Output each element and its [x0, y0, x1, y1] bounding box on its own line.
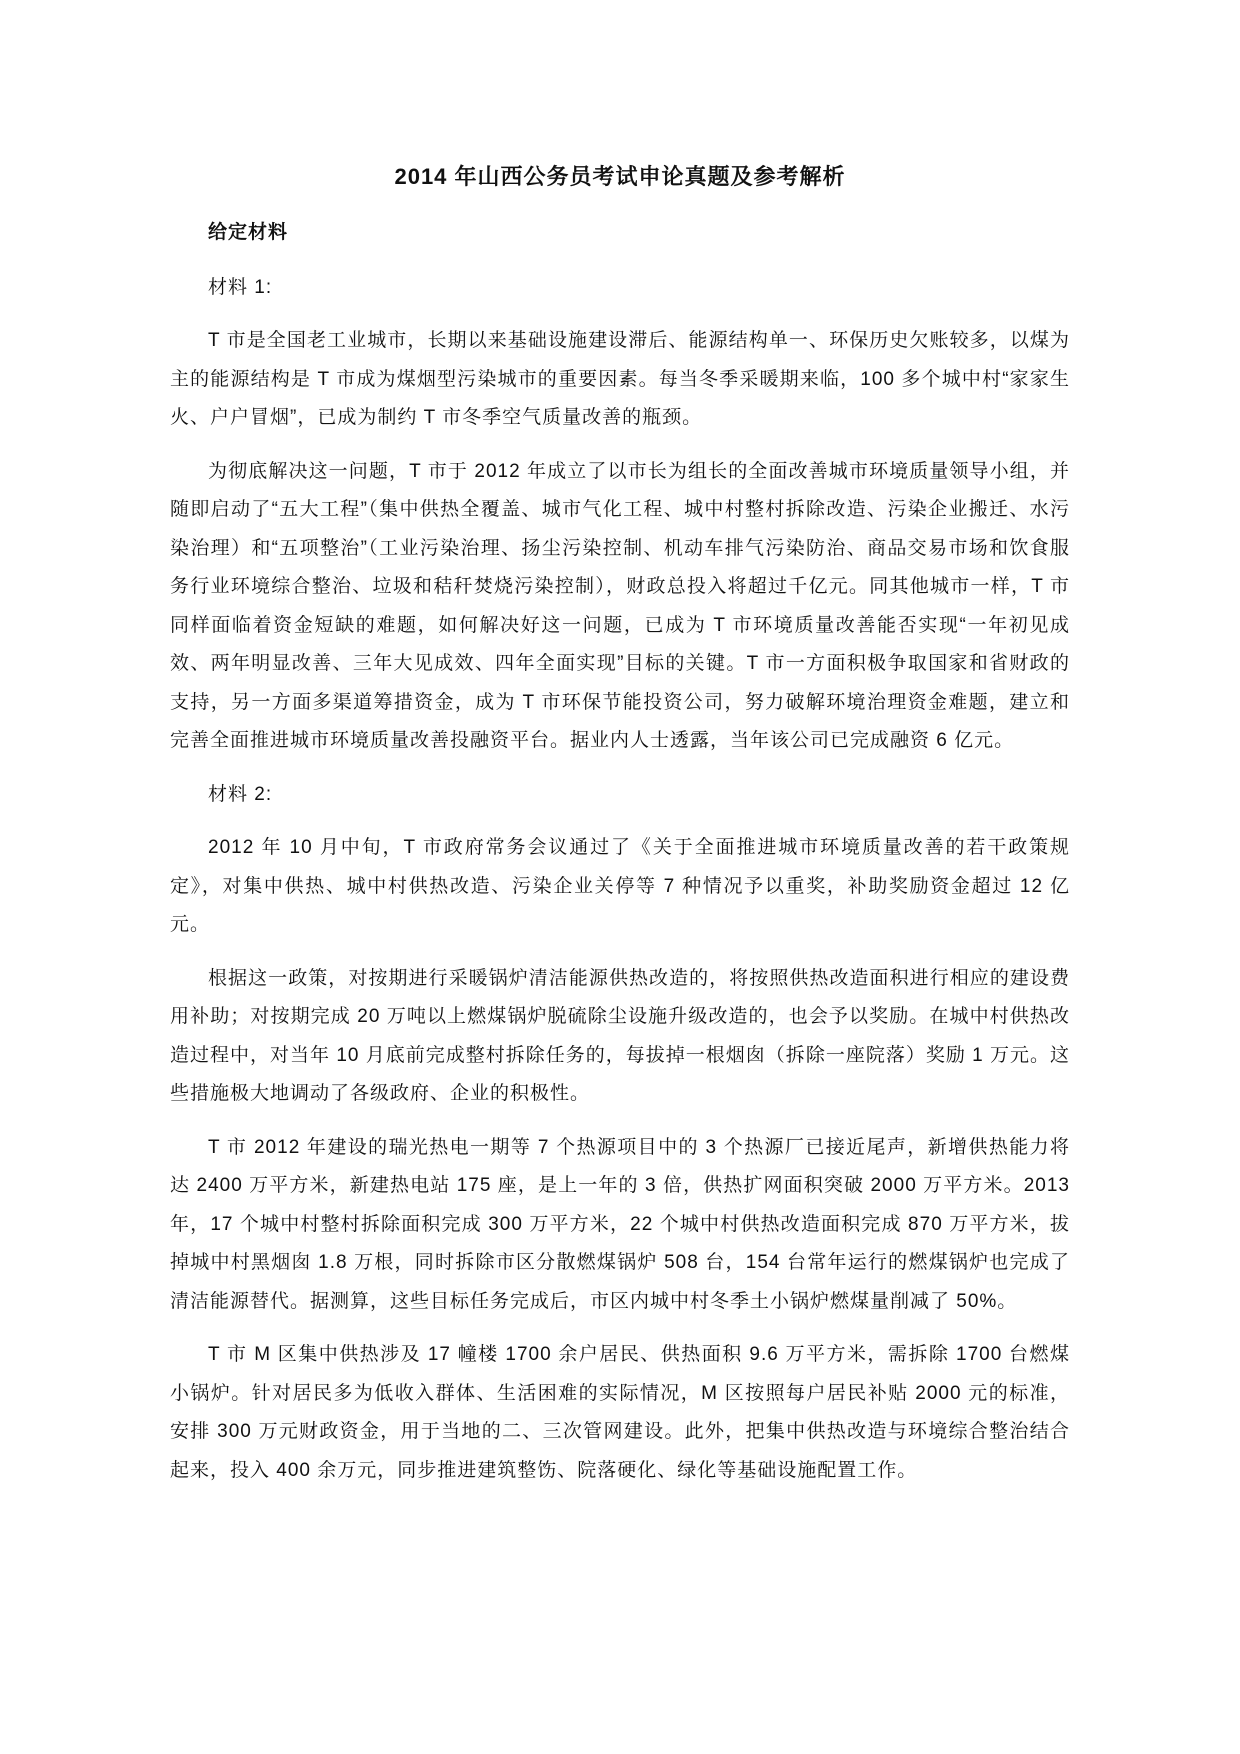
material-2-paragraph-2: 根据这一政策，对按期进行采暖锅炉清洁能源供热改造的，将按照供热改造面积进行相应的… [170, 960, 1070, 1114]
material-2-section: 材料 2: 2012 年 10 月中旬，T 市政府常务会议通过了《关于全面推进城… [170, 776, 1070, 1491]
material-1-label: 材料 1: [170, 269, 1070, 308]
material-1-paragraph-2: 为彻底解决这一问题，T 市于 2012 年成立了以市长为组长的全面改善城市环境质… [170, 453, 1070, 761]
document-page: 2014 年山西公务员考试申论真题及参考解析 给定材料 材料 1: T 市是全国… [0, 0, 1240, 1754]
material-1-paragraph-1: T 市是全国老工业城市，长期以来基础设施建设滞后、能源结构单一、环保历史欠账较多… [170, 322, 1070, 438]
material-1-section: 材料 1: T 市是全国老工业城市，长期以来基础设施建设滞后、能源结构单一、环保… [170, 269, 1070, 761]
material-2-paragraph-1: 2012 年 10 月中旬，T 市政府常务会议通过了《关于全面推进城市环境质量改… [170, 829, 1070, 945]
material-2-label: 材料 2: [170, 776, 1070, 815]
material-2-paragraph-3: T 市 2012 年建设的瑞光热电一期等 7 个热源项目中的 3 个热源厂已接近… [170, 1129, 1070, 1322]
doc-title: 2014 年山西公务员考试申论真题及参考解析 [170, 158, 1070, 196]
section-heading: 给定材料 [170, 214, 1070, 253]
material-2-paragraph-4: T 市 M 区集中供热涉及 17 幢楼 1700 余户居民、供热面积 9.6 万… [170, 1336, 1070, 1490]
